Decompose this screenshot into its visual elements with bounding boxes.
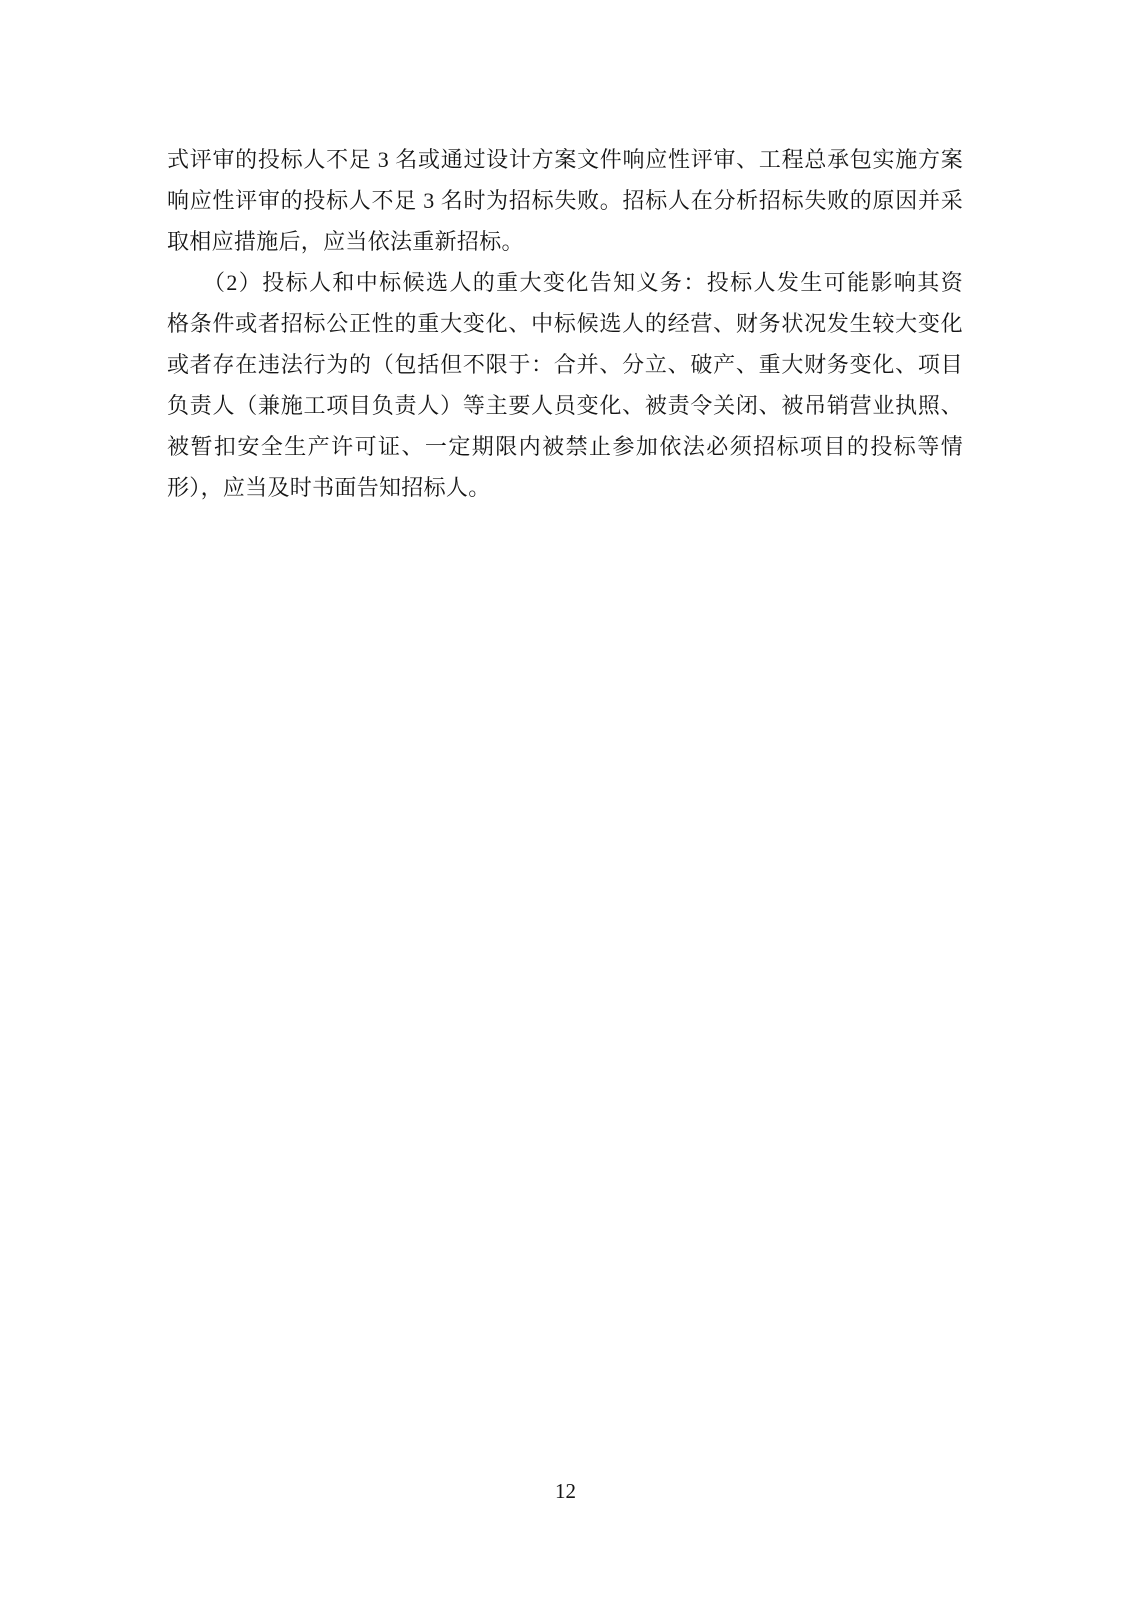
text-line: 或者存在违法行为的（包括但不限于：合并、分立、破产、重大财务变化、项目 (167, 344, 963, 385)
text-line: 式评审的投标人不足 3 名或通过设计方案文件响应性评审、工程总承包实施方案 (167, 139, 963, 180)
paragraph: （2）投标人和中标候选人的重大变化告知义务：投标人发生可能影响其资 格条件或者招… (167, 262, 963, 508)
paragraph: 式评审的投标人不足 3 名或通过设计方案文件响应性评审、工程总承包实施方案 响应… (167, 139, 963, 262)
text-line: 被暂扣安全生产许可证、一定期限内被禁止参加依法必须招标项目的投标等情 (167, 426, 963, 467)
text-line: （2）投标人和中标候选人的重大变化告知义务：投标人发生可能影响其资 (167, 262, 963, 303)
document-page: 式评审的投标人不足 3 名或通过设计方案文件响应性评审、工程总承包实施方案 响应… (0, 0, 1131, 1600)
text-line: 响应性评审的投标人不足 3 名时为招标失败。招标人在分析招标失败的原因并采 (167, 180, 963, 221)
text-line: 负责人（兼施工项目负责人）等主要人员变化、被责令关闭、被吊销营业执照、 (167, 385, 963, 426)
text-line: 形），应当及时书面告知招标人。 (167, 467, 963, 508)
document-body: 式评审的投标人不足 3 名或通过设计方案文件响应性评审、工程总承包实施方案 响应… (167, 139, 963, 508)
page-number: 12 (0, 1478, 1131, 1504)
text-line: 取相应措施后，应当依法重新招标。 (167, 221, 963, 262)
text-line: 格条件或者招标公正性的重大变化、中标候选人的经营、财务状况发生较大变化 (167, 303, 963, 344)
